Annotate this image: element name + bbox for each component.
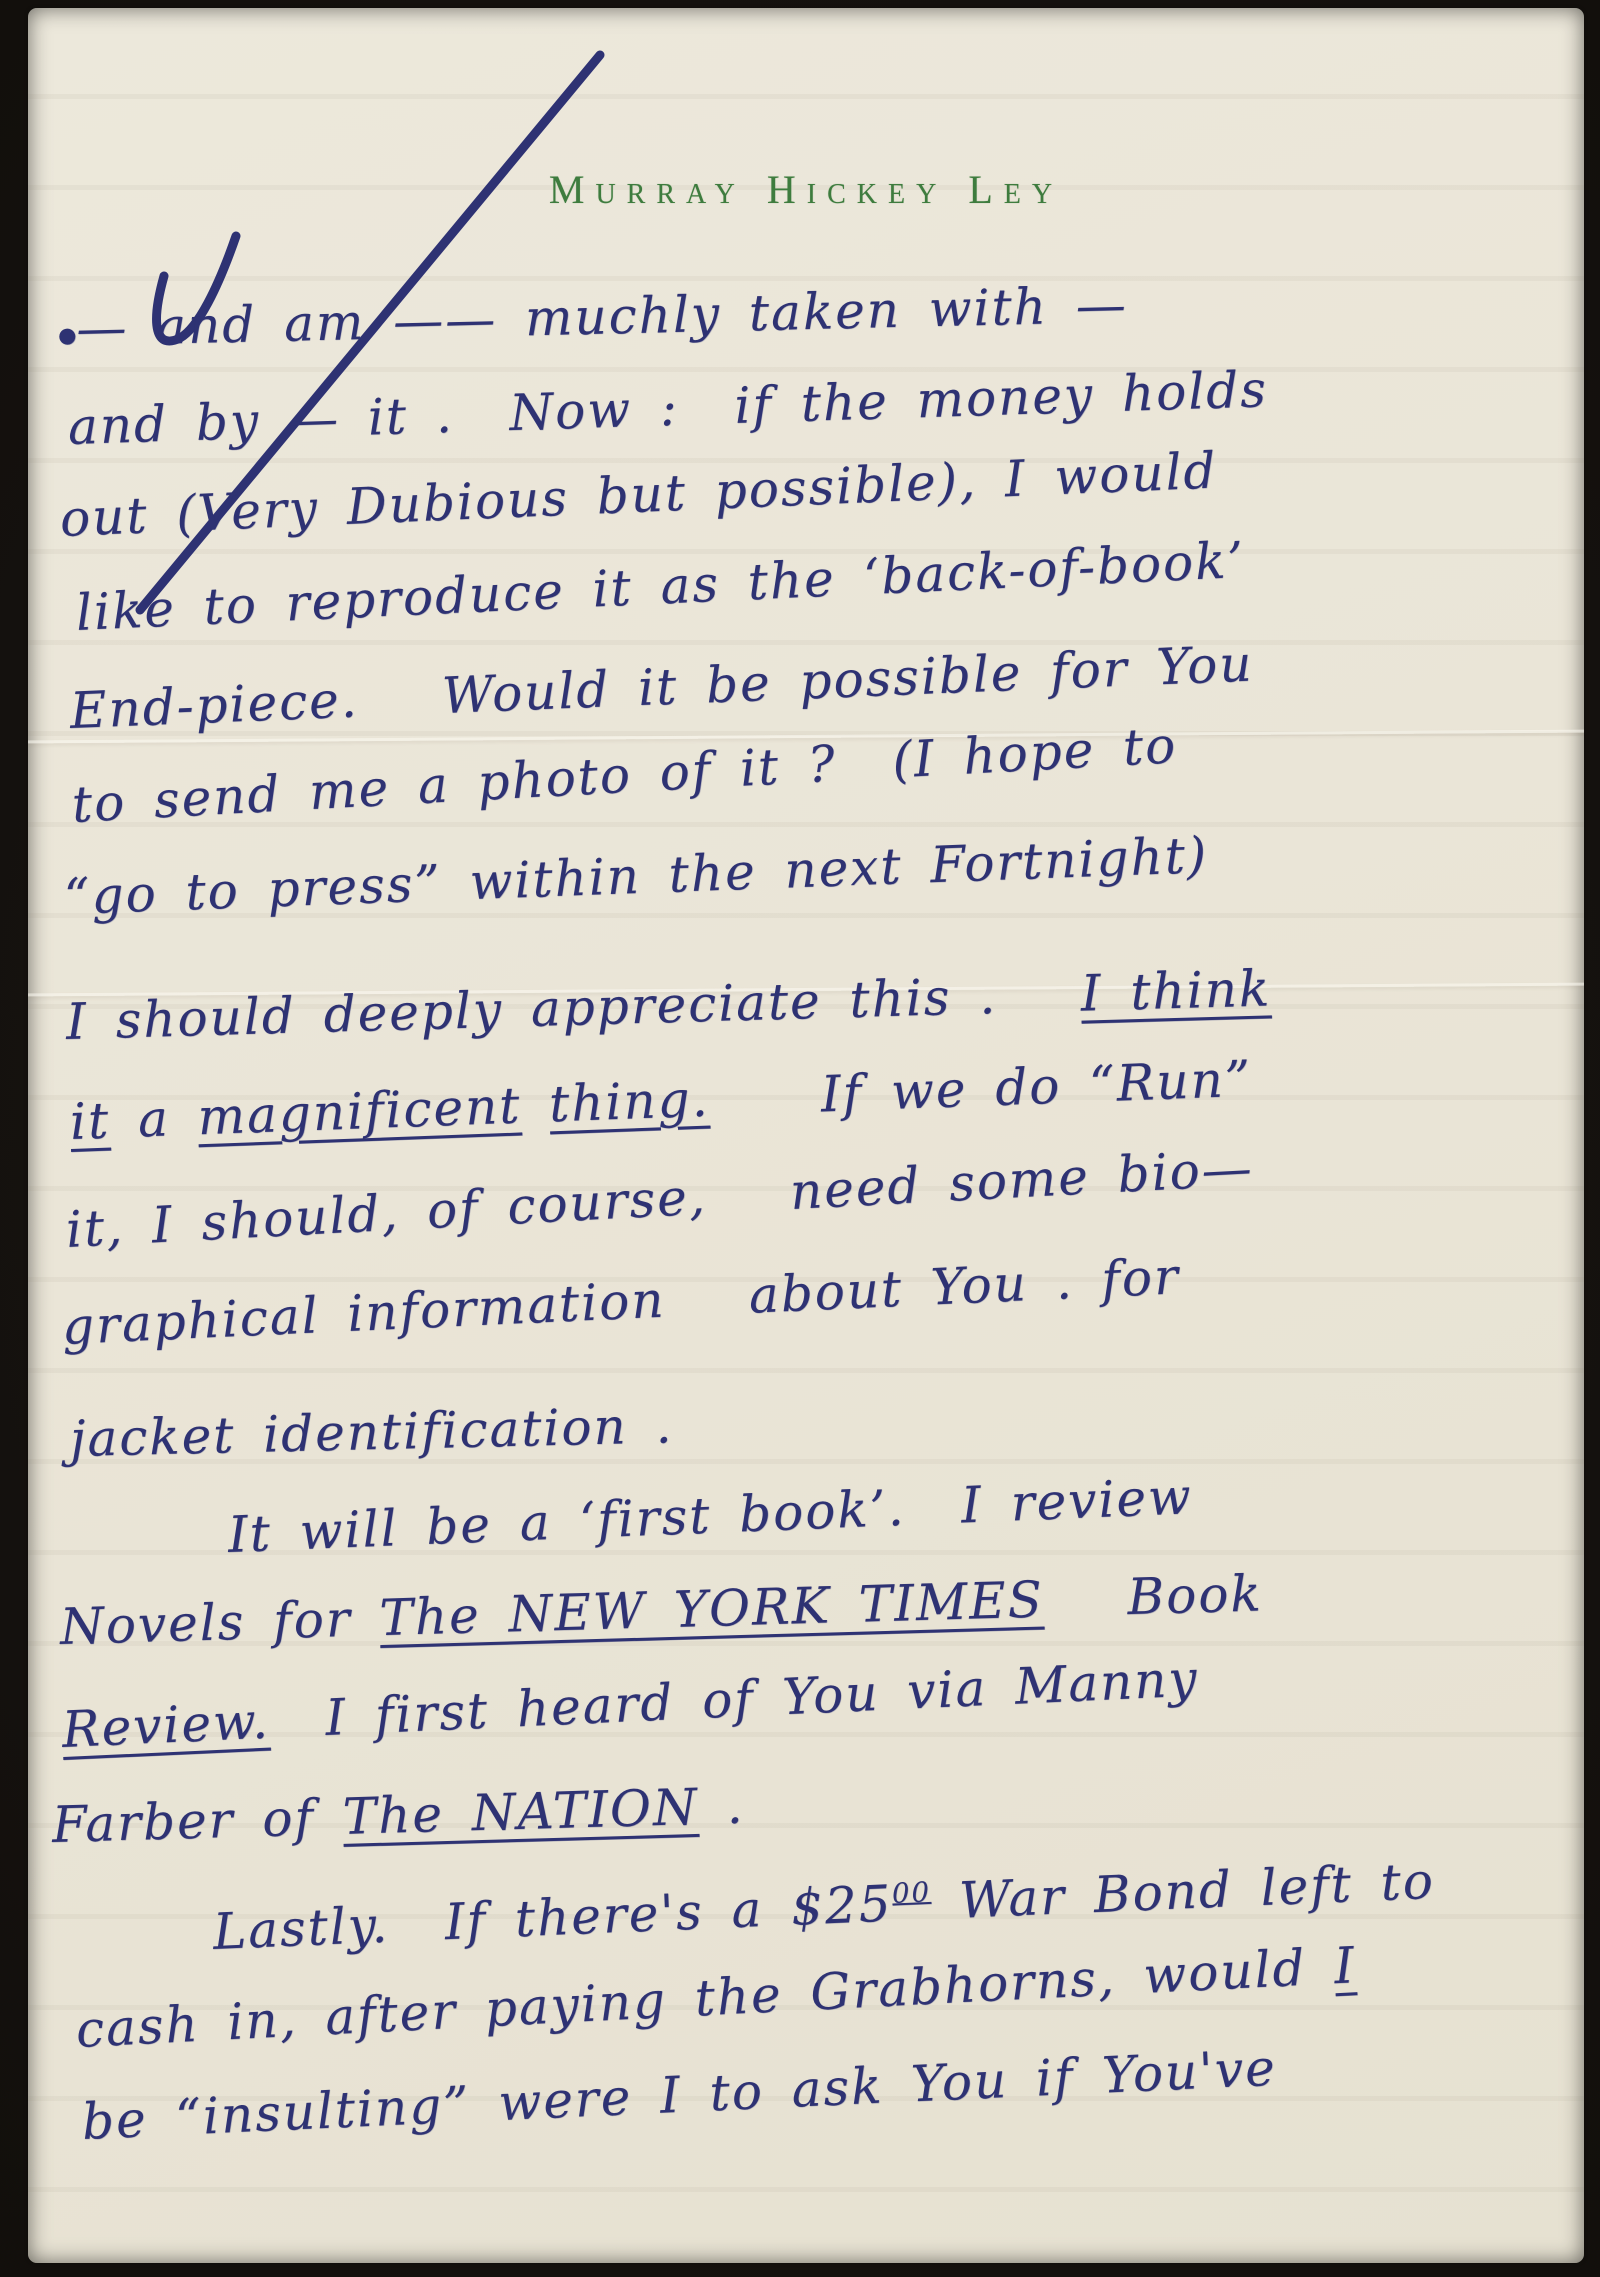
- handwritten-segment: The NEW YORK TIMES: [379, 1571, 1045, 1648]
- handwritten-line: jacket identification .: [69, 1396, 674, 1468]
- handwritten-line: be “insulting” were I to ask You if You'…: [81, 2039, 1278, 2151]
- handwritten-segment: Farber of: [51, 1788, 343, 1854]
- letter-paper: Murray Hickey Ley ●— and am —— muchly ta…: [28, 8, 1584, 2263]
- handwritten-line: and by — it . Now : if the money holds: [67, 360, 1269, 456]
- handwritten-segment: $25: [790, 1875, 894, 1937]
- letterhead-name: Murray Hickey Ley: [28, 166, 1584, 213]
- handwritten-segment: If we do “Run”: [708, 1050, 1253, 1128]
- handwritten-line: it, I should, of course, need some bio—: [64, 1139, 1254, 1259]
- handwritten-segment: Book: [1043, 1564, 1263, 1628]
- handwritten-line: graphical information about You . for: [61, 1247, 1181, 1356]
- handwritten-segment: The NATION: [342, 1778, 699, 1846]
- handwritten-line: to send me a photo of it ? (I hope to: [70, 716, 1178, 834]
- handwritten-segment: thing.: [548, 1070, 710, 1134]
- handwritten-segment: Lastly. If there's a: [212, 1879, 792, 1961]
- handwritten-line: Review. I first heard of You via Manny: [61, 1649, 1200, 1759]
- handwritten-segment: 00: [891, 1876, 931, 1910]
- handwritten-segment: it: [69, 1092, 111, 1151]
- handwritten-segment: magnificent: [197, 1076, 523, 1146]
- handwritten-line: I should deeply appreciate this . I thin…: [65, 959, 1272, 1051]
- handwritten-segment: [520, 1075, 550, 1134]
- handwritten-line: It will be a ‘first book’. I review: [227, 1467, 1194, 1564]
- handwritten-segment: .: [698, 1777, 745, 1836]
- handwritten-line: ●— and am —— muchly taken with —: [57, 276, 1128, 358]
- handwritten-segment: Novels for: [59, 1589, 380, 1656]
- handwritten-line: “go to press” within the next Fortnight): [63, 826, 1209, 926]
- handwritten-line: like to reproduce it as the ‘back-of-boo…: [75, 531, 1247, 642]
- handwritten-line: it a magnificent thing. If we do “Run”: [69, 1050, 1253, 1151]
- handwritten-segment: I think: [1080, 959, 1272, 1022]
- handwritten-line: out (Very Dubious but possible), I would: [59, 442, 1219, 548]
- handwritten-segment: I should deeply appreciate this .: [65, 965, 1081, 1051]
- handwritten-line: Novels for The NEW YORK TIMES Book: [59, 1564, 1263, 1656]
- handwritten-segment: — and am —— muchly taken with —: [76, 276, 1129, 358]
- handwritten-segment: Review.: [61, 1692, 271, 1759]
- handwritten-segment: I first heard of You via Manny: [268, 1649, 1200, 1749]
- handwritten-segment: a: [109, 1088, 199, 1149]
- handwritten-segment: I: [1333, 1936, 1358, 1995]
- scan-background: Murray Hickey Ley ●— and am —— muchly ta…: [0, 0, 1600, 2277]
- handwritten-line: Farber of The NATION .: [51, 1777, 745, 1854]
- ink-blob: ●: [58, 323, 77, 347]
- handwritten-segment: War Bond left to: [930, 1852, 1436, 1931]
